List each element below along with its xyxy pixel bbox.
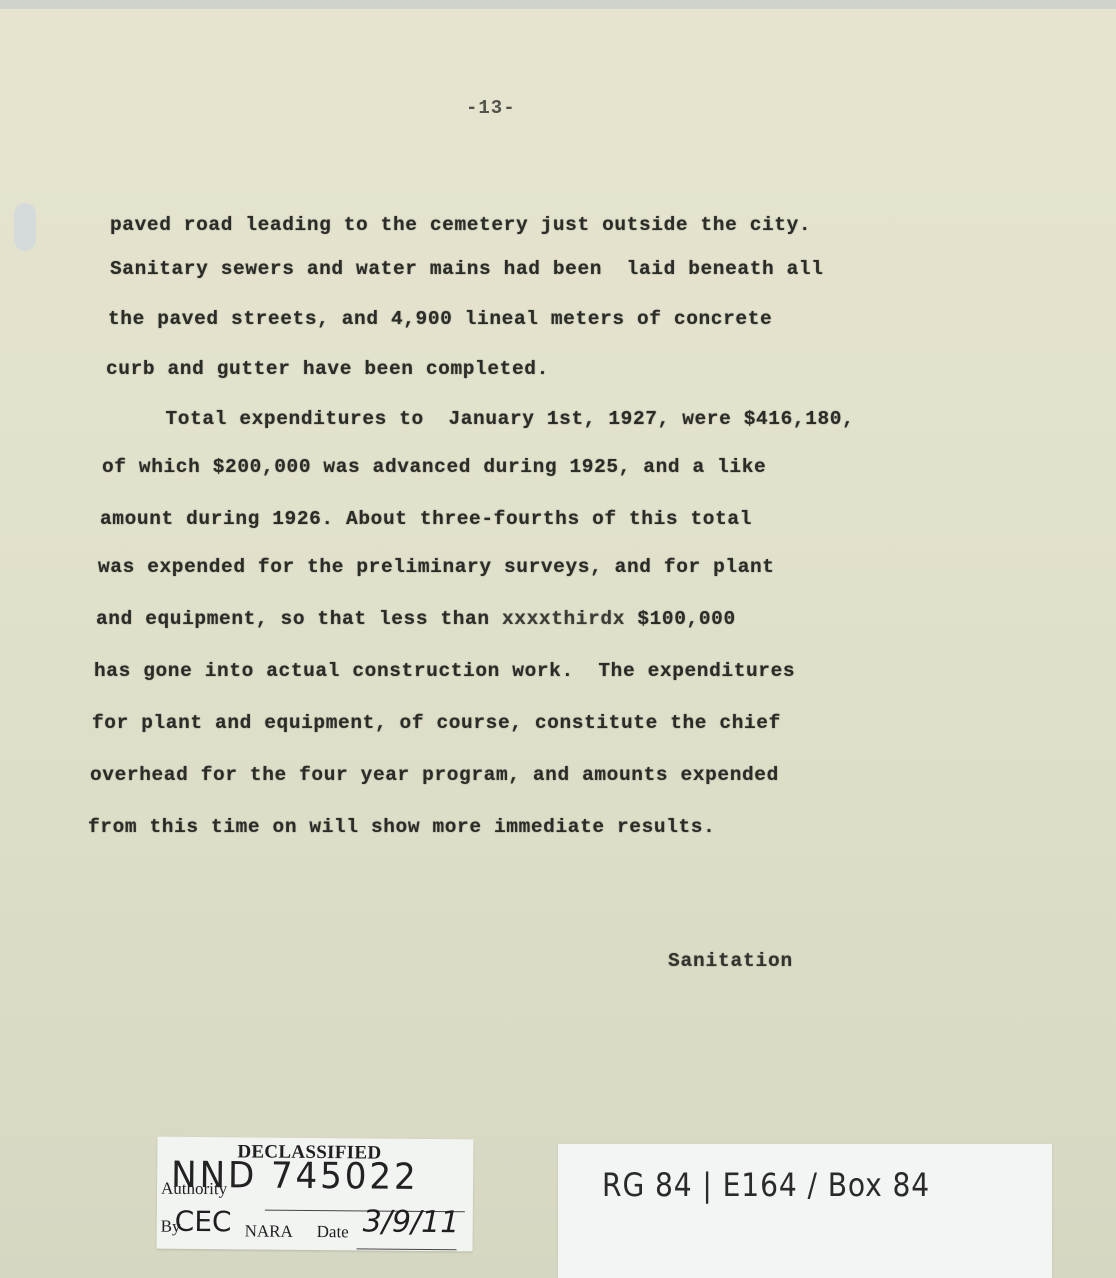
body-line-5: Total expenditures to January 1st, 1927,… bbox=[104, 408, 854, 430]
struck-out-text: xxxxthirdx bbox=[502, 608, 625, 630]
body-line-10: has gone into actual construction work. … bbox=[94, 660, 795, 682]
punch-hole bbox=[14, 203, 36, 251]
page-number: -13- bbox=[466, 97, 516, 119]
body-line-6: of which $200,000 was advanced during 19… bbox=[102, 456, 766, 478]
scan-top-edge bbox=[0, 0, 1116, 9]
stamp-date-label: Date bbox=[317, 1222, 349, 1242]
stamp-by-value: CEC bbox=[175, 1205, 232, 1238]
section-heading: Sanitation bbox=[668, 950, 793, 972]
body-line-11: for plant and equipment, of course, cons… bbox=[92, 712, 781, 734]
archive-label-card: RG 84 | E164 / Box 84 bbox=[558, 1144, 1052, 1278]
body-line-7: amount during 1926. About three-fourths … bbox=[100, 508, 752, 530]
stamp-date-underline bbox=[357, 1248, 457, 1250]
body-line-13: from this time on will show more immedia… bbox=[88, 816, 715, 838]
archive-label-text: RG 84 | E164 / Box 84 bbox=[602, 1166, 930, 1204]
body-line-9-text: and equipment, so that less than bbox=[96, 608, 490, 630]
body-line-1: paved road leading to the cemetery just … bbox=[110, 214, 811, 236]
declassified-stamp: DECLASSIFIED Authority NND 745022 By CEC… bbox=[157, 1137, 474, 1252]
stamp-authority-value: NND 745022 bbox=[171, 1155, 419, 1198]
stamp-date-value: 3/9/11 bbox=[363, 1204, 460, 1240]
stamp-nara-label: NARA bbox=[245, 1221, 293, 1241]
body-line-12: overhead for the four year program, and … bbox=[90, 764, 779, 786]
body-line-8: was expended for the preliminary surveys… bbox=[98, 556, 775, 578]
body-line-3: the paved streets, and 4,900 lineal mete… bbox=[108, 308, 772, 330]
body-line-4: curb and gutter have been completed. bbox=[106, 358, 549, 380]
body-line-2: Sanitary sewers and water mains had been… bbox=[110, 258, 824, 280]
amount-text: $100,000 bbox=[637, 608, 735, 630]
body-line-9: and equipment, so that less than xxxxthi… bbox=[96, 608, 736, 630]
